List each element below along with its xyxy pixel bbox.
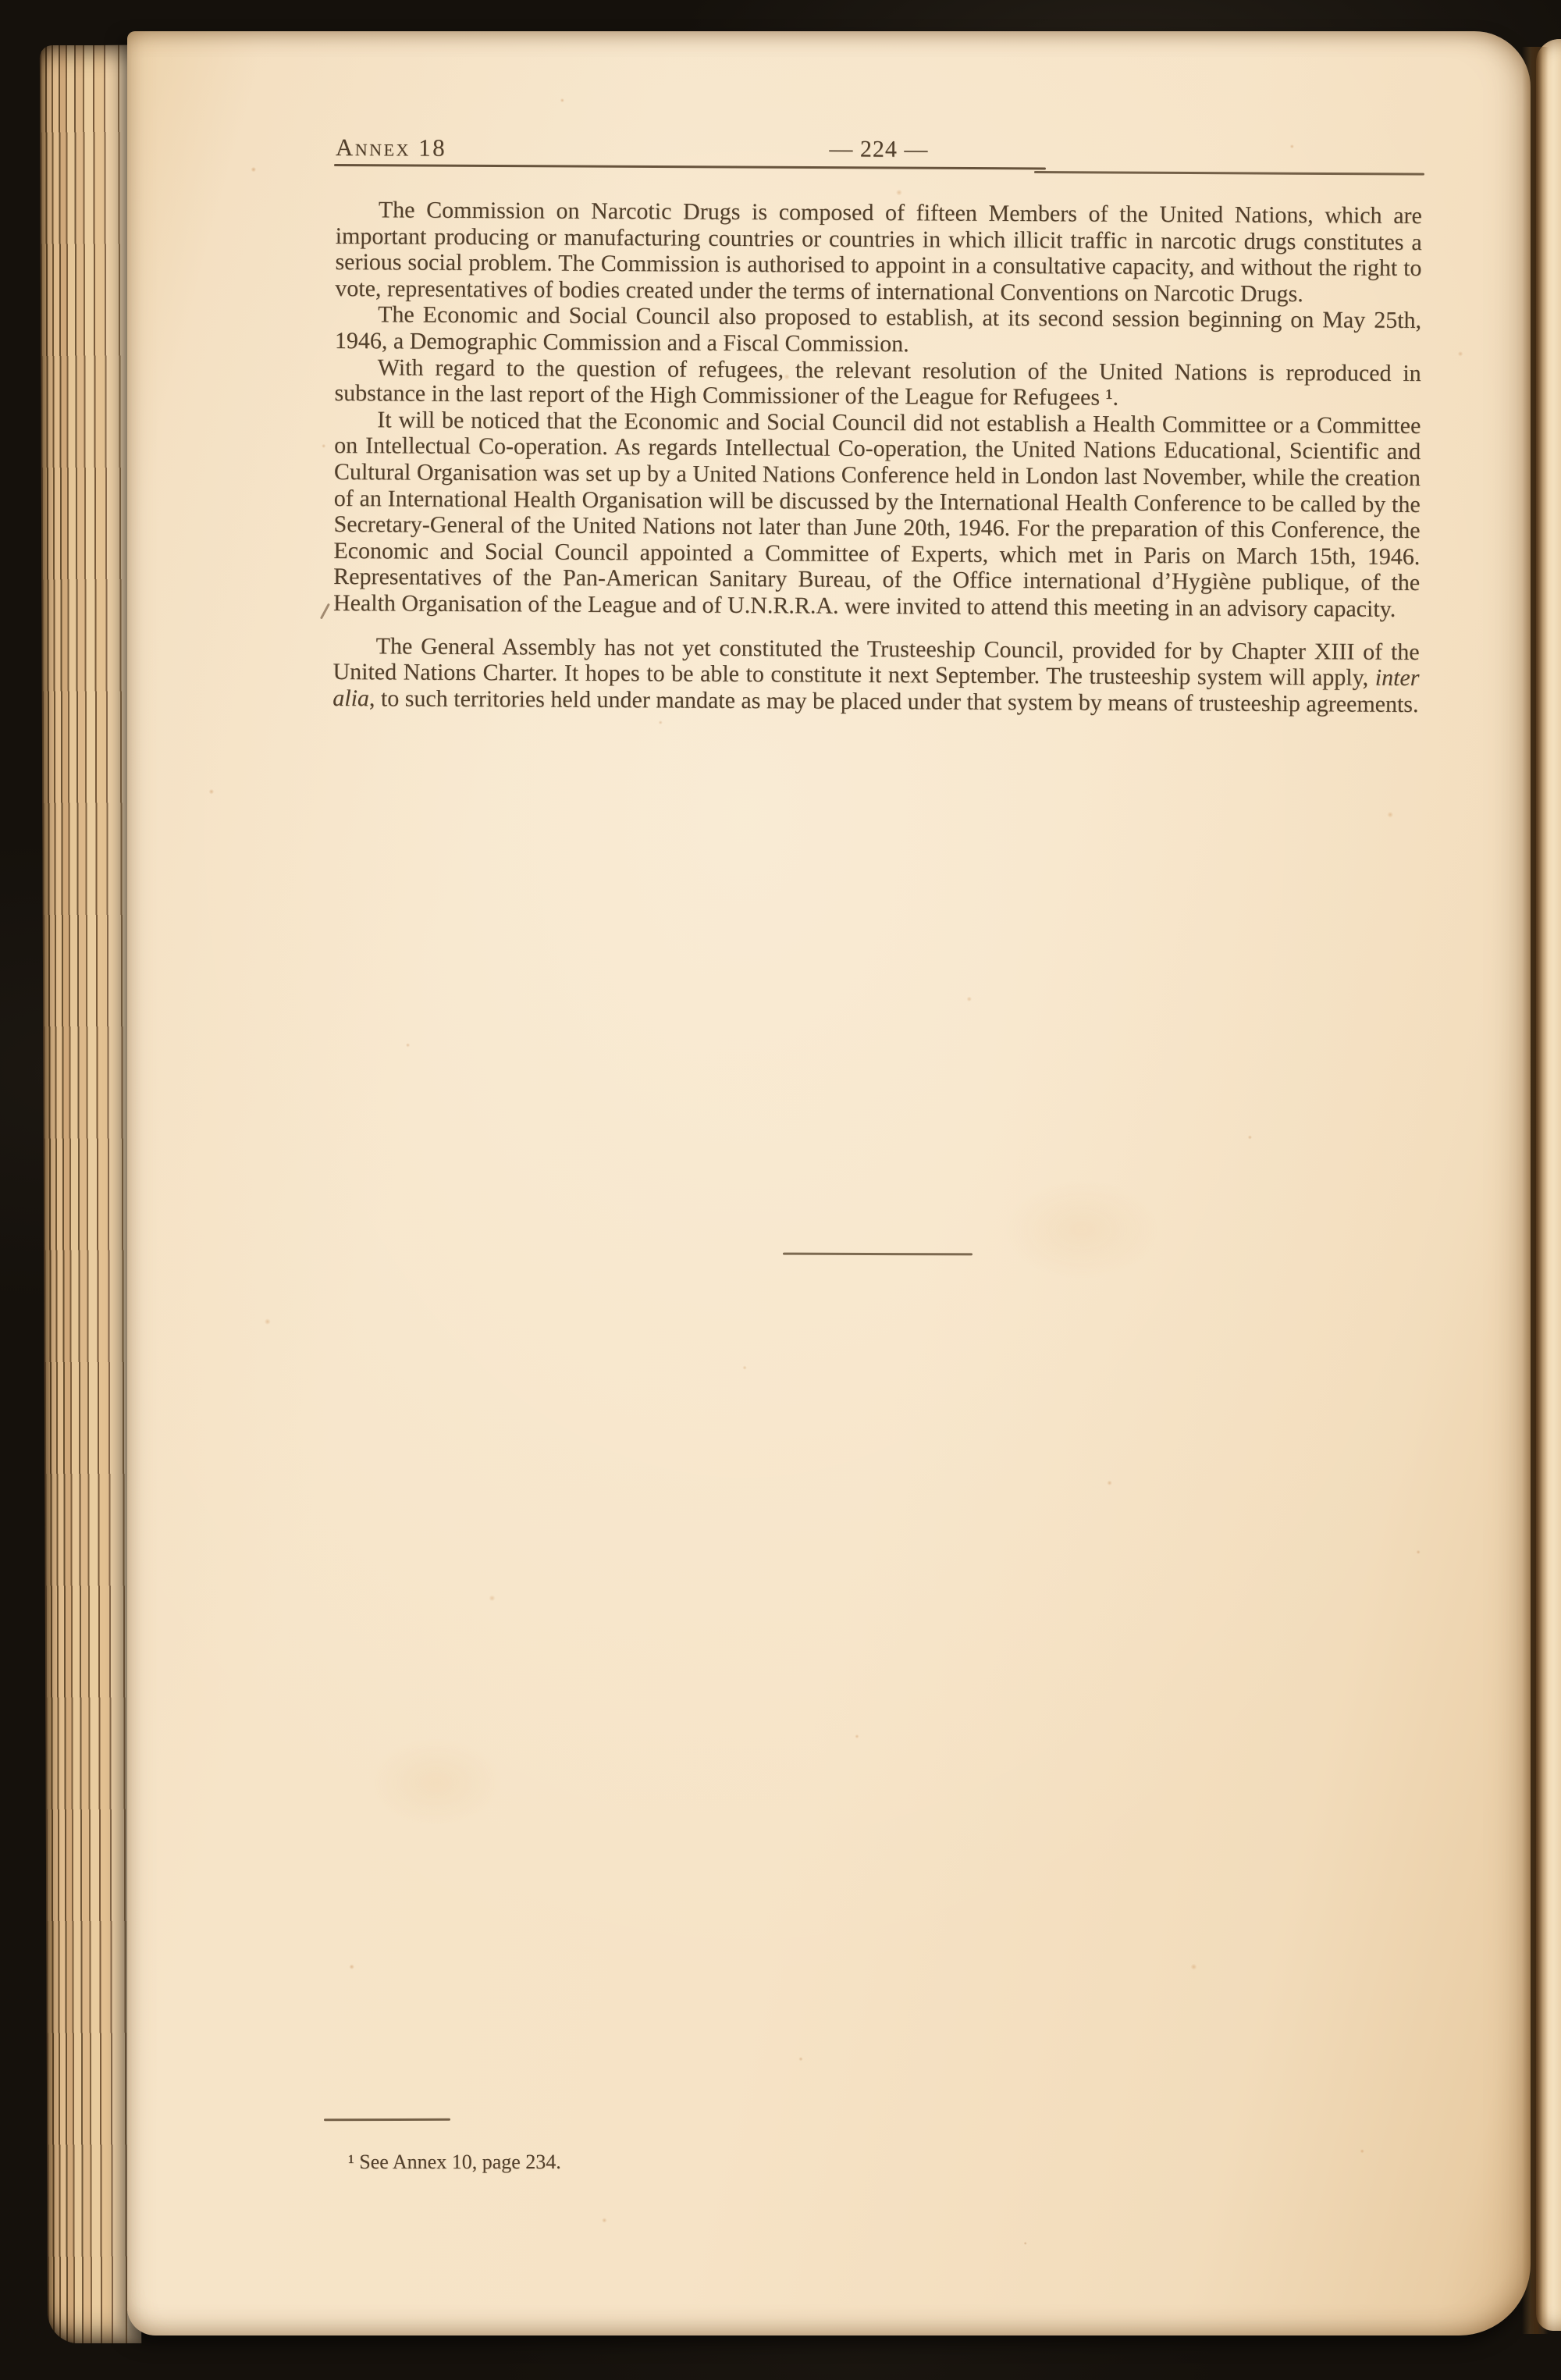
book-page: Annex 18 — 224 — The Commission on Narco… [127,31,1531,2336]
paragraph: It will be noticed that the Economic and… [333,407,1421,623]
paragraph: The General Assembly has not yet constit… [332,632,1420,717]
paragraph: The Economic and Social Council also pro… [335,301,1421,360]
body-text: The Commission on Narcotic Drugs is comp… [332,197,1422,717]
footnote: ¹ See Annex 10, page 234. [348,2150,561,2175]
text-segment: With regard to the question of refugees,… [334,354,1421,411]
book-scan-screenshot: { "document": { "header": { "annex_label… [0,0,1561,2380]
paragraph: The Commission on Narcotic Drugs is comp… [335,197,1422,308]
text-segment: The Economic and Social Council also pro… [335,302,1421,358]
text-segment: The Commission on Narcotic Drugs is comp… [335,197,1422,307]
text-segment: The General Assembly has not yet constit… [332,633,1419,691]
footnote-rule [324,2119,450,2121]
page-number: — 224 — [336,133,1422,165]
text-segment: , to such territories held under mandate… [369,685,1419,717]
book-page-edges-stack [40,45,141,2343]
section-divider-rule [783,1253,973,1255]
text-segment: It will be noticed that the Economic and… [333,407,1421,622]
next-page-edge [1536,39,1561,2331]
paragraph: With regard to the question of refugees,… [334,354,1421,413]
stray-ink-mark [320,603,330,620]
